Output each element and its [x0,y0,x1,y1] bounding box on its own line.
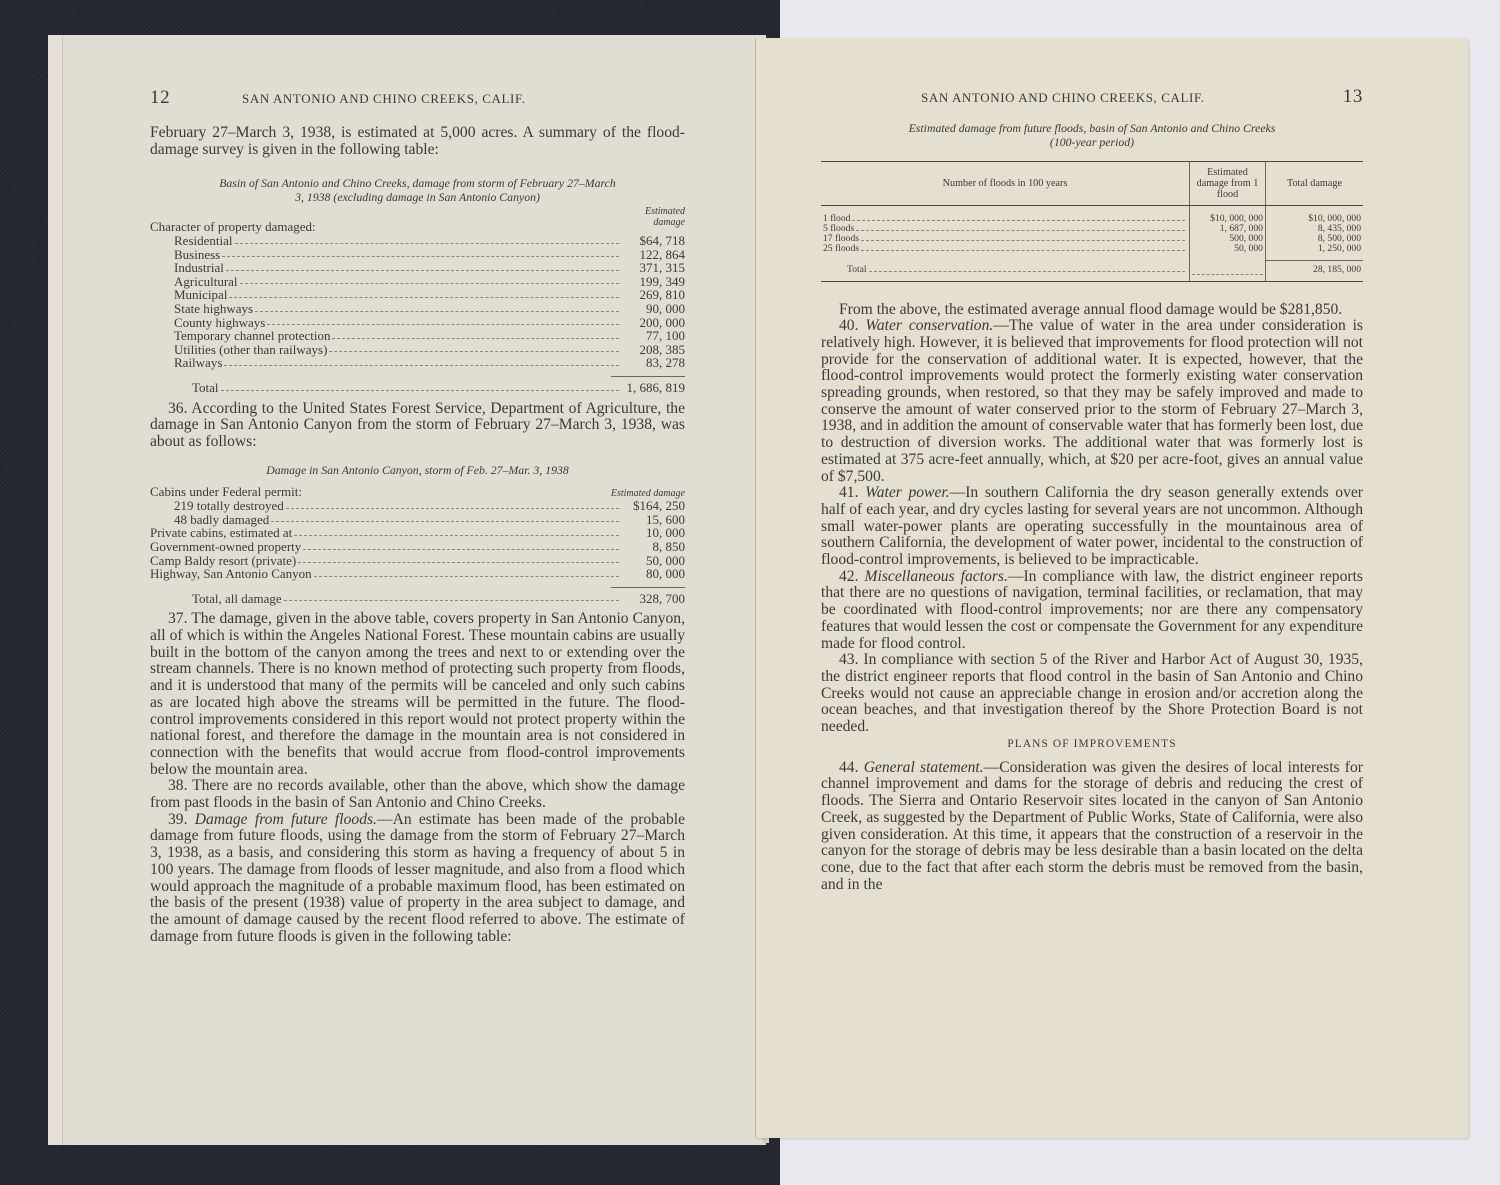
table-group-label: Character of property damaged: [150,220,685,234]
average-damage-paragraph: From the above, the estimated average an… [821,302,1363,319]
right-text-column: SAN ANTONIO AND CHINO CREEKS, CALIF. 13 … [821,90,1363,893]
page-number: 13 [1343,86,1363,108]
row-label: County highways [150,316,265,330]
row-value: 15, 600 [621,513,685,527]
table-row: County highways200, 000 [150,316,685,330]
total-value: 1, 686, 819 [621,381,685,395]
row-label: Temporary channel protection [150,329,330,343]
table-caption: Basin of San Antonio and Chino Creeks, d… [150,177,685,204]
total-value: 1, 250, 000 [1265,244,1363,254]
column-header: Total damage [1265,162,1363,206]
column-header: Estimated damage from 1 flood [1190,162,1266,206]
row-label: Private cabins, estimated at [150,526,292,540]
table-group-label: Cabins under Federal permit: [150,485,302,499]
row-label: Agricultural [150,275,238,289]
paragraph-40: 40. Water conservation.—The value of wat… [821,318,1363,485]
paragraph-41-title: Water power. [865,484,949,501]
row-label: Government-owned property [150,540,301,554]
total-label: Total, all damage [150,592,282,606]
row-label: Residential [150,234,233,248]
property-damage-table: Basin of San Antonio and Chino Creeks, d… [150,177,685,394]
table-row: 1 flood$10, 000, 000$10, 000, 000 [821,214,1363,224]
page-stack-edge [48,35,63,1145]
table-row: Railways83, 278 [150,356,685,370]
row-value: 371, 315 [621,261,685,275]
row-label: State highways [150,302,253,316]
row-value: 90, 000 [621,302,685,316]
table-total-row: Total, all damage 328, 700 [150,592,685,606]
paragraph-42-title: Miscellaneous factors. [865,568,1008,585]
sum-rule [611,587,685,588]
table-row: Private cabins, estimated at10, 000 [150,526,685,540]
row-value: 122, 864 [621,248,685,262]
row-value: 208, 385 [621,343,685,357]
left-page: 12 SAN ANTONIO AND CHINO CREEKS, CALIF. … [48,35,766,1145]
sum-rule [611,376,685,377]
paragraph-41: 41. Water power.—In southern California … [821,485,1363,569]
table-row: 219 totally destroyed$164, 250 [150,499,685,513]
paragraph-38: 38. There are no records available, othe… [150,778,685,811]
table-row: Camp Baldy resort (private)50, 000 [150,554,685,568]
row-label: Industrial [150,261,224,275]
section-heading: PLANS OF IMPROVEMENTS [821,738,1363,750]
row-value: $64, 718 [621,234,685,248]
row-label: Business [150,248,220,262]
row-label: Highway, San Antonio Canyon [150,567,312,581]
table-row: Temporary channel protection77, 100 [150,329,685,343]
table-row: Agricultural199, 349 [150,275,685,289]
table-row: State highways90, 000 [150,302,685,316]
table-total-row: Total 1, 686, 819 [150,381,685,395]
row-value: 199, 349 [621,275,685,289]
paragraph-42: 42. Miscellaneous factors.—In compliance… [821,569,1363,653]
row-label: Railways [150,356,222,370]
table-rows: Residential$64, 718Business122, 864Indus… [150,234,685,370]
paragraph-37: 37. The damage, given in the above table… [150,611,685,778]
paragraph-40-title: Water conservation. [865,317,993,334]
table-row: 5 floods1, 687, 0008, 435, 000 [821,224,1363,234]
table-row: 17 floods500, 0008, 500, 000 [821,234,1363,244]
paragraph-43: 43. In compliance with section 5 of the … [821,652,1363,736]
row-value: 50, 000 [621,554,685,568]
table-row: Municipal269, 810 [150,288,685,302]
running-head-title: SAN ANTONIO AND CHINO CREEKS, CALIF. [921,90,1205,106]
running-head: 12 SAN ANTONIO AND CHINO CREEKS, CALIF. [150,91,685,115]
row-value: 83, 278 [621,356,685,370]
total-value: 328, 700 [621,592,685,606]
table-row: Government-owned property8, 850 [150,540,685,554]
paragraph-44-title: General statement. [864,759,984,776]
row-value: 80, 000 [621,567,685,581]
row-value: $164, 250 [621,499,685,513]
row-label: Camp Baldy resort (private) [150,554,296,568]
page-number: 12 [150,87,170,109]
future-damage-data-table: Number of floods in 100 years Estimated … [821,161,1363,282]
total-label: Total [847,265,867,275]
row-label: 25 floods [823,244,859,254]
paragraph-39: 39. Damage from future floods.—An estima… [150,812,685,946]
paragraph-36: 36. According to the United States Fores… [150,401,685,451]
row-label: 48 badly damaged [150,513,269,527]
table-row: 48 badly damaged15, 600 [150,513,685,527]
total-label: Total [150,381,219,395]
total-value: 28, 185, 000 [1265,260,1363,281]
paragraph-44: 44. General statement.—Consideration was… [821,760,1363,894]
canyon-damage-table: Damage in San Antonio Canyon, storm of F… [150,464,685,606]
row-value: 77, 100 [621,329,685,343]
table-row: Highway, San Antonio Canyon80, 000 [150,567,685,581]
row-label: 219 totally destroyed [150,499,284,513]
future-damage-table: Estimated damage from future floods, bas… [821,122,1363,282]
table-total-row: Total28, 185, 000 [821,260,1363,281]
table-rows: 219 totally destroyed$164, 25048 badly d… [150,499,685,581]
row-value: 8, 850 [621,540,685,554]
table-caption: Damage in San Antonio Canyon, storm of F… [150,464,685,478]
table-caption: Estimated damage from future floods, bas… [821,122,1363,149]
table-row: 25 floods50, 0001, 250, 000 [821,244,1363,254]
table-row: Business122, 864 [150,248,685,262]
per-flood-value: 50, 000 [1190,244,1266,254]
table-row: Industrial371, 315 [150,261,685,275]
running-head: SAN ANTONIO AND CHINO CREEKS, CALIF. 13 [821,90,1363,114]
table-row: Residential$64, 718 [150,234,685,248]
right-page: SAN ANTONIO AND CHINO CREEKS, CALIF. 13 … [755,38,1468,1138]
paragraph-39-title: Damage from future floods. [195,811,377,828]
row-value: 269, 810 [621,288,685,302]
running-head-title: SAN ANTONIO AND CHINO CREEKS, CALIF. [242,91,526,107]
left-text-column: 12 SAN ANTONIO AND CHINO CREEKS, CALIF. … [150,91,685,945]
column-header: Number of floods in 100 years [821,162,1190,206]
row-label: Utilities (other than railways) [150,343,327,357]
row-label: Municipal [150,288,227,302]
row-value: 10, 000 [621,526,685,540]
intro-paragraph: February 27–March 3, 1938, is estimated … [150,125,685,158]
table-row: Utilities (other than railways)208, 385 [150,343,685,357]
row-value: 200, 000 [621,316,685,330]
